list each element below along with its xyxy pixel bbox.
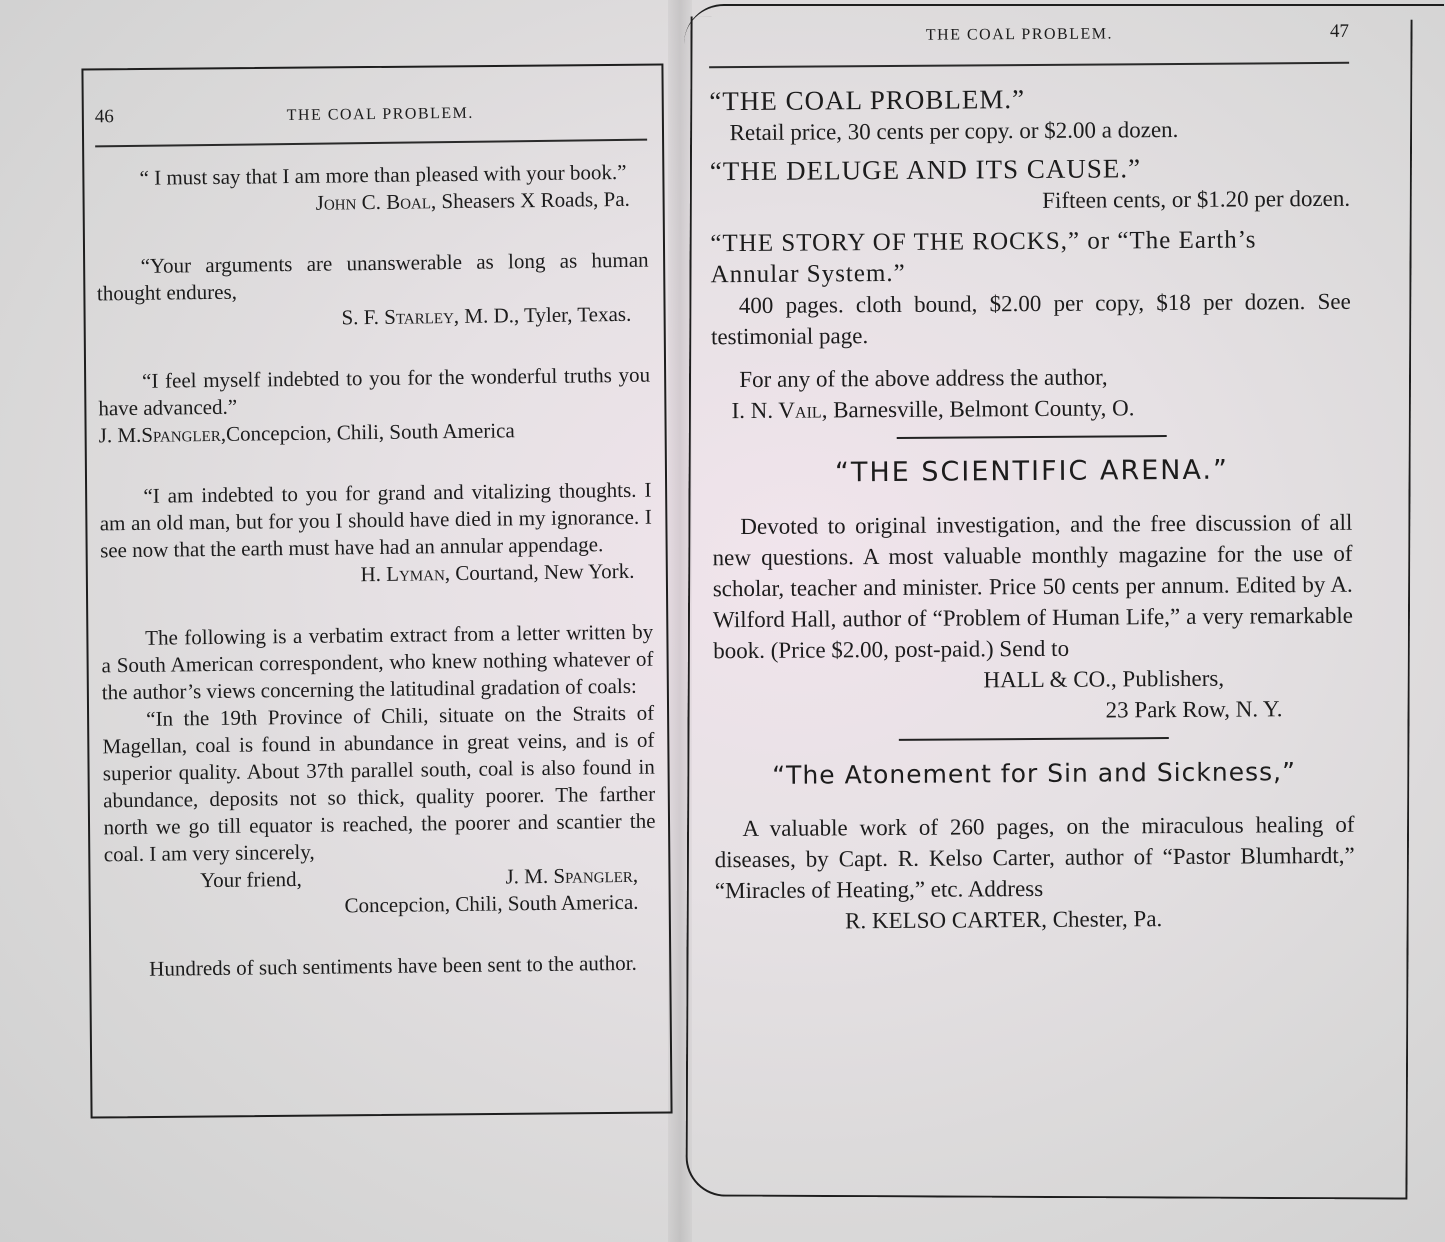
testimonial-author: H. Lyman [360,561,445,586]
testimonial: “I am indebted to you for grand and vita… [99,477,652,592]
atonement-body: A valuable work of 260 pages, on the mir… [714,809,1355,906]
section-divider [899,737,1169,741]
book-title: “THE STORY OF THE ROCKS,” or “The Earth’… [710,224,1350,290]
left-page: 46 THE COAL PROBLEM. “ I must say that I… [95,97,658,984]
page-number: 46 [95,103,114,130]
arena-body: Devoted to original investigation, and t… [712,507,1353,666]
section-divider [897,435,1167,439]
atonement-contact: R. KELSO CARTER, Chester, Pa. [715,902,1355,937]
book-detail: Fifteen cents, or $1.20 per dozen. [710,183,1350,218]
testimonial-author: John C. Boal [316,189,432,214]
address-line: I. N. Vail, Barnesville, Belmont County,… [711,391,1351,426]
testimonial: “ I must say that I am more than pleased… [95,159,648,220]
address-intro: For any of the above address the author, [711,360,1351,395]
testimonial: “Your arguments are unanswerable as long… [96,247,649,335]
running-head-left: 46 THE COAL PROBLEM. [95,97,647,148]
letter-signer-location: Concepcion, Chili, South America. [104,889,656,923]
running-head-title: THE COAL PROBLEM. [114,98,647,132]
letter-signer: J. M. Spangler, [505,862,638,891]
book-title: “THE COAL PROBLEM.” [709,82,1349,117]
book-listing: “THE DELUGE AND ITS CAUSE.” Fifteen cent… [710,152,1350,218]
running-head-right: THE COAL PROBLEM. 47 [709,16,1349,68]
running-head-title: THE COAL PROBLEM. [709,17,1330,52]
book-listing: “THE STORY OF THE ROCKS,” or “The Earth’… [710,224,1351,352]
book-detail: 400 pages. cloth bound, $2.00 per copy, … [711,286,1351,352]
atonement-title: “The Atonement for Sin and Sickness,” [714,756,1354,791]
testimonial: “I feel myself indebted to you for the w… [98,362,651,450]
letter-closing: Your friend, [200,866,302,894]
address-author: I. N. Vail [731,397,821,423]
testimonial-quote: “I am indebted to you for grand and vita… [99,477,652,565]
testimonial-author: J. M.Spangler [99,422,221,447]
letter-body: “In the 19th Province of Chili, situate … [102,700,656,869]
testimonial-location: , M. D., Tyler, Texas. [454,302,632,328]
extract-intro: The following is a verbatim extract from… [101,619,654,707]
arena-publisher: HALL & CO., Publishers, [713,662,1353,697]
testimonial-location: , Sheasers X Roads, Pa. [431,187,630,213]
arena-publisher-address: 23 Park Row, N. Y. [714,693,1354,728]
book-detail: Retail price, 30 cents per copy. or $2.0… [709,113,1349,148]
address-location: , Barnesville, Belmont County, O. [822,395,1135,422]
book-listing: “THE COAL PROBLEM.” Retail price, 30 cen… [709,82,1349,148]
testimonial-signature: J. M.Spangler,Concepcion, Chili, South A… [99,416,651,450]
testimonial-quote: “Your arguments are unanswerable as long… [96,247,649,308]
testimonial-quote: “I feel myself indebted to you for the w… [98,362,651,423]
right-page: THE COAL PROBLEM. 47 “THE COAL PROBLEM.”… [709,16,1355,937]
testimonial-location: , Courtand, New York. [445,559,635,585]
arena-title: “THE SCIENTIFIC ARENA.” [712,454,1352,489]
page-number: 47 [1330,16,1349,47]
book-title: “THE DELUGE AND ITS CAUSE.” [710,152,1350,187]
testimonial-location: ,Concepcion, Chili, South America [221,418,515,446]
testimonial-author: S. F. Starley [341,304,454,329]
